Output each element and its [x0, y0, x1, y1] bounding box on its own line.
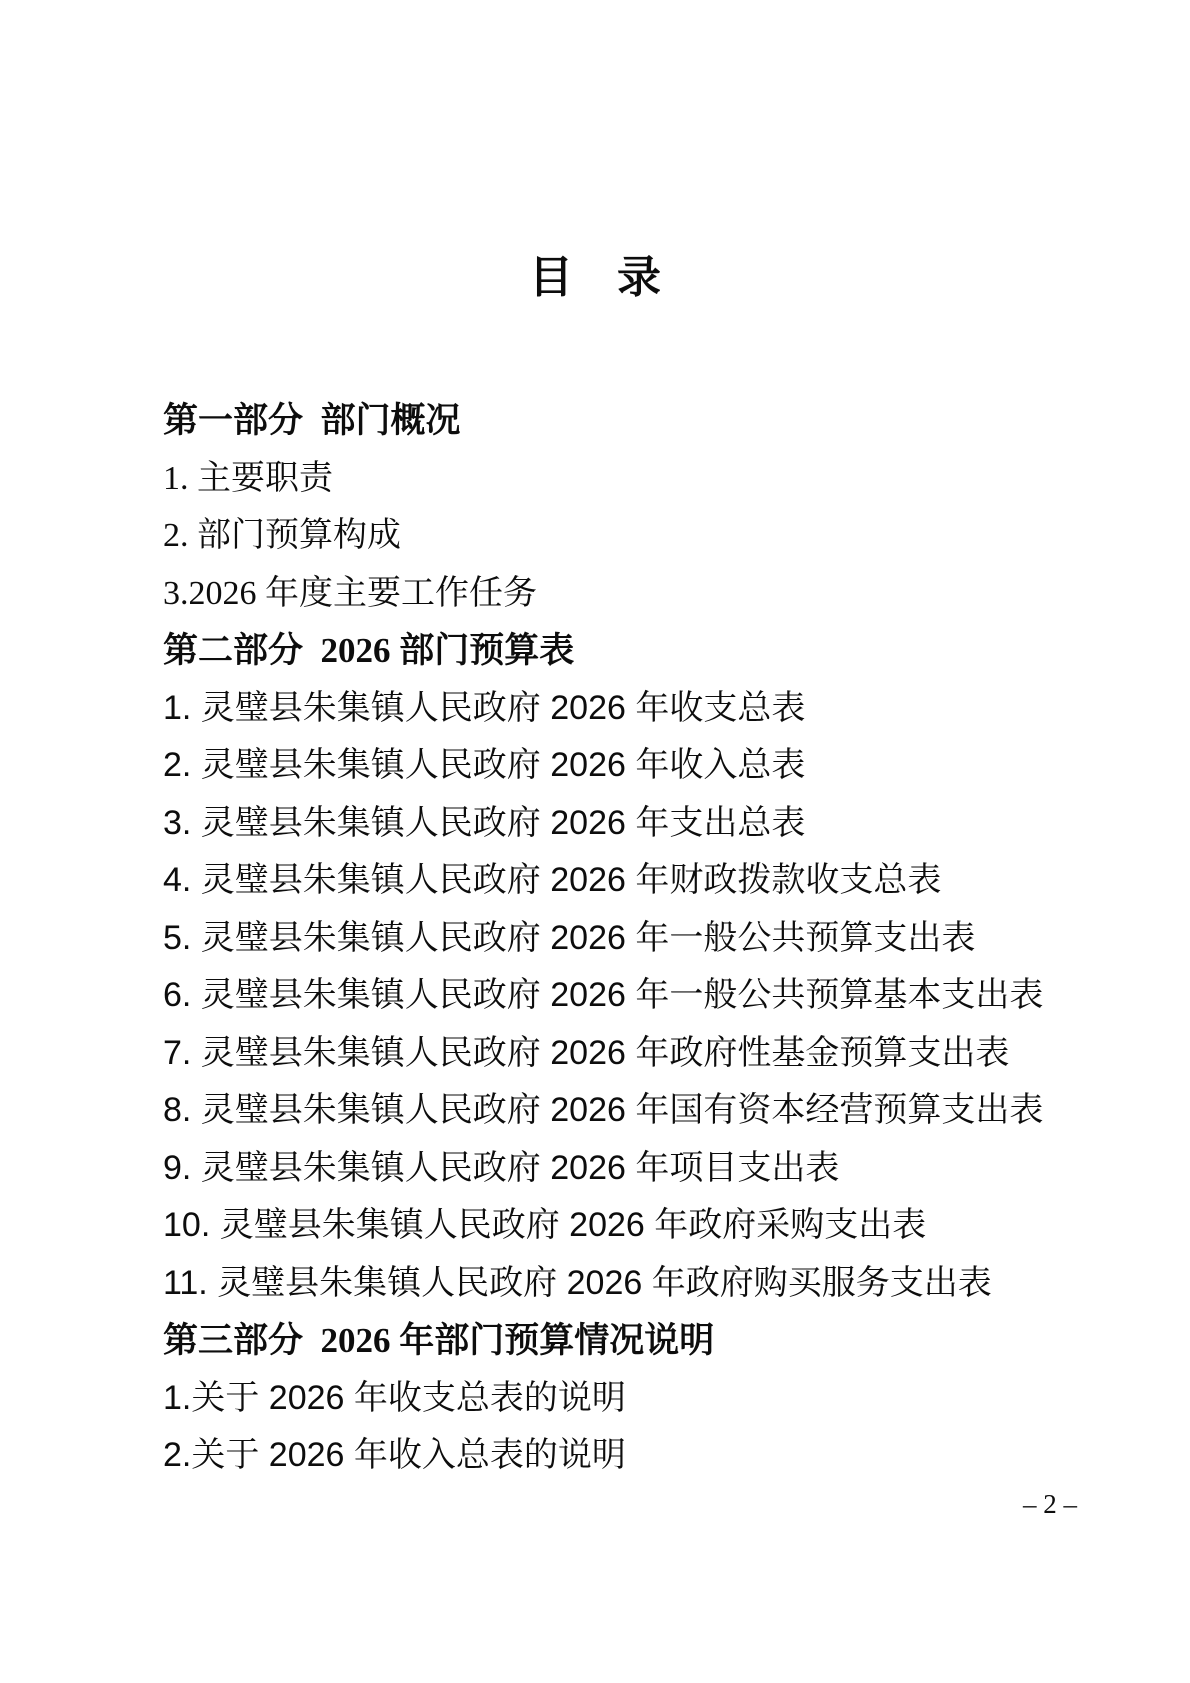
page-number: – 2 –	[1023, 1488, 1077, 1520]
toc-item-table-10: 10. 灵璧县朱集镇人民政府 2026 年政府采购支出表	[163, 1197, 1190, 1255]
toc-item-main-duties: 1. 主要职责	[163, 450, 1190, 508]
toc-item-main-tasks: 3.2026 年度主要工作任务	[163, 565, 1190, 623]
toc-item-note-2: 2.关于 2026 年收入总表的说明	[163, 1427, 1190, 1485]
toc-item-table-4: 4. 灵璧县朱集镇人民政府 2026 年财政拨款收支总表	[163, 852, 1190, 910]
toc-item-table-5: 5. 灵璧县朱集镇人民政府 2026 年一般公共预算支出表	[163, 910, 1190, 968]
toc-section-1-heading: 第一部分 部门概况	[163, 392, 1190, 450]
toc-item-table-8: 8. 灵璧县朱集镇人民政府 2026 年国有资本经营预算支出表	[163, 1082, 1190, 1140]
toc-item-table-7: 7. 灵璧县朱集镇人民政府 2026 年政府性基金预算支出表	[163, 1025, 1190, 1083]
table-of-contents: 第一部分 部门概况 1. 主要职责 2. 部门预算构成 3.2026 年度主要工…	[163, 392, 1190, 1485]
toc-item-table-9: 9. 灵璧县朱集镇人民政府 2026 年项目支出表	[163, 1140, 1190, 1198]
toc-item-table-6: 6. 灵璧县朱集镇人民政府 2026 年一般公共预算基本支出表	[163, 967, 1190, 1025]
toc-item-table-11: 11. 灵璧县朱集镇人民政府 2026 年政府购买服务支出表	[163, 1255, 1190, 1313]
toc-item-budget-composition: 2. 部门预算构成	[163, 507, 1190, 565]
toc-item-note-1: 1.关于 2026 年收支总表的说明	[163, 1370, 1190, 1428]
toc-section-3-heading: 第三部分 2026 年部门预算情况说明	[163, 1312, 1190, 1370]
toc-section-2-heading: 第二部分 2026 部门预算表	[163, 622, 1190, 680]
toc-item-table-1: 1. 灵璧县朱集镇人民政府 2026 年收支总表	[163, 680, 1190, 738]
document-page: 目 录 第一部分 部门概况 1. 主要职责 2. 部门预算构成 3.2026 年…	[0, 0, 1190, 1683]
toc-item-table-3: 3. 灵璧县朱集镇人民政府 2026 年支出总表	[163, 795, 1190, 853]
toc-item-table-2: 2. 灵璧县朱集镇人民政府 2026 年收入总表	[163, 737, 1190, 795]
page-title: 目 录	[0, 0, 1190, 300]
